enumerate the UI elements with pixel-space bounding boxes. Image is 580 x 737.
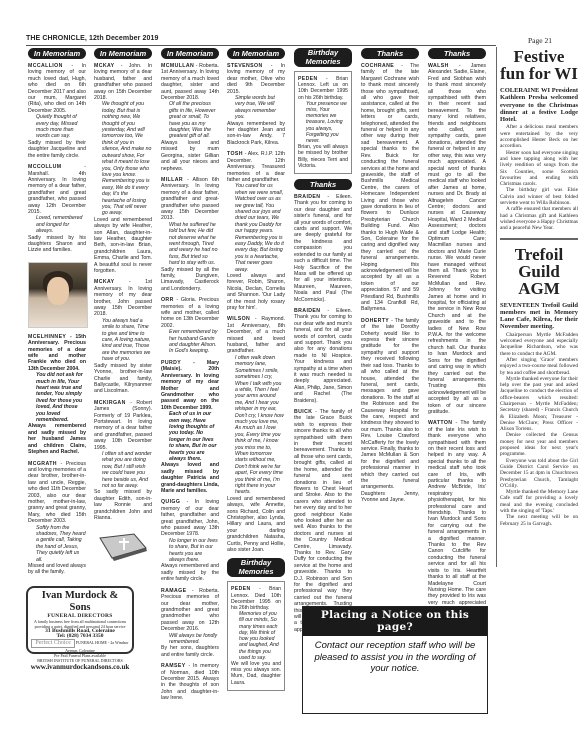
- page-number: Page 21: [528, 36, 552, 45]
- notice-entry: RAMSEY - In memory of Norman, died 10th …: [161, 663, 219, 701]
- notice-entry: TOSH - Alex. R.I.P. 12th December. 12th …: [227, 151, 285, 311]
- column-thanks-2: Thanks COCHRANE - The family of the late…: [361, 48, 419, 509]
- notice-entry: COCHRANE - The family of the late Margar…: [361, 63, 419, 313]
- headline-festive-fun: Festive fun for WI: [500, 48, 578, 82]
- column-in-memoriam-2: In Memoriam MCKAY - John. In loving memo…: [94, 48, 152, 571]
- notice-entry: MCCALLION - In loving memory of our much…: [28, 63, 86, 159]
- section-header-birthday-memories: Birthday Memories: [294, 48, 352, 67]
- notice-entry: MCKAY - John. In loving memory of a dear…: [94, 63, 152, 274]
- notice-entry: WILSON - Raymond. 1st Anniversary, 8th D…: [227, 316, 285, 553]
- perfect-choice-badge: Perfect Choice: [31, 639, 74, 648]
- notice-entry: BRAIDEN - Eileen. Thank you for coming t…: [294, 194, 352, 303]
- ad-website-link[interactable]: www.ivanmurdockandsons.co.uk: [30, 665, 130, 670]
- column-thanks-3: Thanks WALSH - James Alexander. Sadie, E…: [428, 48, 486, 637]
- notice-entry: WALSH - James Alexander. Sadie, Elaine, …: [428, 63, 486, 415]
- funeral-director-advert: Ivan Murdock & Sons FUNERAL DIRECTORS A …: [26, 586, 134, 654]
- notice-entry: MCGRATH - Precious and loving memories o…: [28, 461, 86, 576]
- article-divider: [500, 238, 578, 240]
- section-header-in-memoriam: In Memoriam: [94, 48, 152, 59]
- notice-entry: MCKIRGAN - Robert James (Sonny). Formerl…: [94, 400, 152, 522]
- lead-paragraph: COLERAINE WI President Kathleen Presha w…: [500, 87, 578, 123]
- notice-entry: MILLAR - Allison 6th Anniversary. In lov…: [161, 177, 219, 292]
- section-header-thanks: Thanks: [294, 179, 352, 190]
- notice-entry: RAMAGE - Roberta. Precious memories of o…: [161, 588, 219, 658]
- placing-notice-box: Placing a Notice on this page? Contact o…: [302, 606, 488, 714]
- notice-entry: BUICK - The family of the late Grace Bui…: [294, 409, 352, 633]
- section-header-in-memoriam: In Memoriam: [28, 48, 86, 59]
- section-header-in-memoriam: In Memoriam: [227, 48, 285, 59]
- notice-entry: WATTON - The family of the late Iris wis…: [428, 420, 486, 631]
- column-in-memoriam-4: In Memoriam STEVENSON - In loving memory…: [227, 48, 285, 691]
- column-in-memoriam-3: In Memoriam MCMULLAN - Roberta. 1st Anni…: [161, 48, 219, 707]
- notice-title: Placing a Notice on this page?: [303, 607, 487, 636]
- portrait-photo: [28, 262, 88, 328]
- bible-icon: [94, 532, 150, 562]
- notice-entry: BRAIDEN - Eileen. Thank you for coming t…: [294, 308, 352, 404]
- notice-entry: DOHERTY - The family of the late Dorothy…: [361, 318, 419, 504]
- notice-entry: PURDY - Mary (Maisie). 20th Anniversary.…: [161, 360, 219, 495]
- notice-entry: QUIGG - In loving memory of our dear fat…: [161, 499, 219, 582]
- ad-title: Ivan Murdock & Sons: [30, 590, 130, 614]
- birthday-notice-box: PEDEN - Brian Lennox. Left us on 10th De…: [294, 71, 352, 174]
- column-in-memoriam-1: In Memoriam MCCALLION - In loving memory…: [28, 48, 86, 581]
- notice-entry: MCELHINNEY - 15th Anniversary. Precious …: [28, 334, 86, 456]
- notice-entry: MCKAY - 1st Anniversary. In loving memor…: [94, 279, 152, 394]
- news-column: Festive fun for WI COLERAINE WI Presiden…: [500, 48, 578, 527]
- header-rule: [26, 45, 496, 46]
- column-divider: [496, 47, 497, 567]
- column-birthday-thanks: Birthday Memories PEDEN - Brian Lennox. …: [294, 48, 352, 638]
- birthday-notice-box: PEDEN - Brian Lennox. Died 10th December…: [227, 581, 285, 690]
- notice-entry: ORR - Gloria. Precious memories of a lov…: [161, 297, 219, 355]
- headline-trefoil-guild: Trefoil Guild AGM: [500, 246, 578, 297]
- section-header-birthday-memories: Birthday Memories: [227, 558, 285, 577]
- notice-body: Contact our reception staff who will be …: [303, 636, 487, 679]
- section-header-thanks: Thanks: [361, 48, 419, 59]
- notice-entry: STEVENSON - In loving memory of my dear …: [227, 63, 285, 146]
- section-header-thanks: Thanks: [428, 48, 486, 59]
- notice-entry: MCCOLLUM - Marshall. 4th Anniversary. In…: [28, 164, 86, 254]
- notice-entry: MCMULLAN - Roberta. 1st Anniversary. In …: [161, 63, 219, 172]
- section-header-in-memoriam: In Memoriam: [161, 48, 219, 59]
- lead-paragraph: SEVENTEEN Trefoil Guild members met in M…: [500, 302, 578, 331]
